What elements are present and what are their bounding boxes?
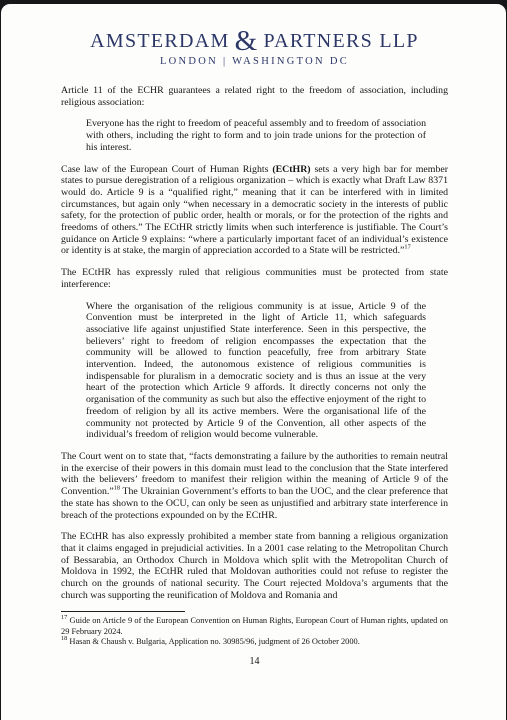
- paragraph: The ECtHR has expressly ruled that relig…: [61, 267, 448, 290]
- footnote-marker: 17: [61, 615, 67, 622]
- footnote: 18 Hasan & Chaush v. Bulgaria, Applicati…: [61, 637, 448, 647]
- footnote-marker: 18: [61, 635, 67, 642]
- page: AMSTERDAM&PARTNERS LLP LONDON | WASHINGT…: [1, 4, 506, 720]
- paragraph: Case law of the European Court of Human …: [61, 164, 448, 258]
- document-frame: AMSTERDAM&PARTNERS LLP LONDON | WASHINGT…: [0, 0, 507, 720]
- paragraph: The ECtHR has also expressly prohibited …: [61, 531, 448, 601]
- firm-ampersand: &: [235, 25, 259, 57]
- paragraph: The Court went on to state that, “facts …: [61, 451, 448, 521]
- firm-name-part1: AMSTERDAM: [90, 30, 230, 52]
- paragraph: Article 11 of the ECHR guarantees a rela…: [61, 85, 448, 108]
- block-quote: Everyone has the right to freedom of pea…: [86, 118, 426, 153]
- letterhead: AMSTERDAM&PARTNERS LLP LONDON | WASHINGT…: [61, 30, 448, 67]
- footnote: 17 Guide on Article 9 of the European Co…: [61, 616, 448, 637]
- block-quote: Where the organisation of the religious …: [86, 301, 426, 441]
- document-body: Article 11 of the ECHR guarantees a rela…: [61, 85, 448, 601]
- firm-name-part2: PARTNERS LLP: [263, 30, 418, 52]
- firm-locations: LONDON | WASHINGTON DC: [61, 56, 448, 67]
- firm-name: AMSTERDAM&PARTNERS LLP: [61, 30, 448, 53]
- footnote-reference: 17: [404, 244, 410, 251]
- footnote-separator: [61, 611, 185, 612]
- page-number: 14: [61, 656, 448, 667]
- footnotes-list: 17 Guide on Article 9 of the European Co…: [61, 616, 448, 647]
